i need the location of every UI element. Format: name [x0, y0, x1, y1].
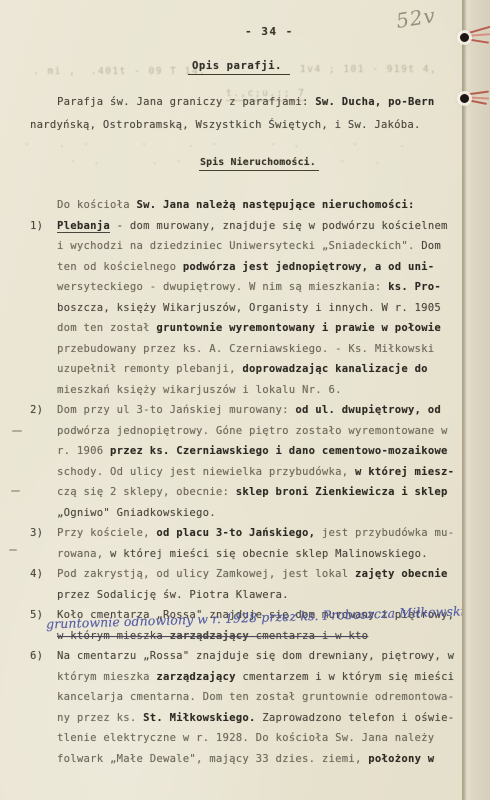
- text-line: podwórza jednopiętrowy. Góne piętro zost…: [57, 425, 462, 446]
- text-segment: czą się 2 sklepy, obecnie:: [57, 486, 236, 498]
- text-line: „Ogniwo" Gniadkowskiego.: [57, 507, 462, 528]
- list-item: 6)Na cmentarzu „Rossa" znajduje się dom …: [30, 650, 462, 773]
- text-segment: St. Miłkowskiego.: [143, 712, 256, 724]
- text-segment: uzupełnił remonty plebanji,: [57, 363, 242, 375]
- text-segment: r. 1906: [57, 445, 110, 457]
- text-segment: i wychodzi na dziedziniec Uniwersytecki …: [57, 240, 421, 252]
- text-segment: wersyteckiego - dwupiętrowy. W nim są mi…: [57, 281, 388, 293]
- text-line: rowana, w której mieści się obecnie skle…: [57, 548, 462, 569]
- text-line: tlenie elektryczne w r. 1928. Do kościoł…: [57, 732, 462, 753]
- page-edge: [462, 0, 490, 800]
- text-line: nardyńską, Ostrobramską, Wszystkich Świę…: [30, 119, 460, 142]
- text-segment: podwórza jednopiętrowy. Góne piętro zost…: [57, 425, 448, 437]
- text-segment: dom ten został: [57, 322, 156, 334]
- list-item: 1)Plebanja - dom murowany, znajduje się …: [30, 220, 462, 405]
- text-line: Do kościoła Sw. Jana należą następujące …: [30, 199, 462, 220]
- text-line: dom ten został gruntownie wyremontowany …: [57, 322, 462, 343]
- text-segment: rowana,: [57, 548, 110, 560]
- text-line: i wychodzi na dziedziniec Uniwersytecki …: [57, 240, 462, 261]
- item-number: 1): [30, 220, 43, 232]
- text-line: boszcza, księży Wikarjuszów, Organisty i…: [57, 302, 462, 323]
- text-segment: podwórza jest jednopiętrowy, a od uni-: [183, 261, 435, 273]
- text-segment: ten od kościelnego: [57, 261, 183, 273]
- pencil-margin-mark: [12, 430, 22, 432]
- text-segment: doprowadzając kanalizacje do: [242, 363, 427, 375]
- text-segment: folwark „Małe Dewale", mający 33 dzies. …: [57, 753, 368, 765]
- text-segment: boszcza, księży Wikarjuszów, Organisty i…: [57, 302, 441, 314]
- text-segment: Na cmentarzu „Rossa" znajduje się dom dr…: [57, 650, 454, 662]
- item-number: 5): [30, 609, 43, 621]
- pencil-margin-mark: [11, 490, 20, 492]
- text-line: schody. Od ulicy jest niewielka przybudó…: [57, 466, 462, 487]
- text-segment: gruntownie wyremontowany i prawie w poło…: [156, 322, 441, 334]
- bleedthrough-text-left: . mi , .401t - 09 T 14.: [33, 66, 206, 77]
- text-segment: schody. Od ulicy jest niewielka przybudó…: [57, 466, 355, 478]
- text-segment: Przy kościele,: [57, 527, 156, 539]
- text-segment: „Ogniwo" Gniadkowskiego.: [57, 507, 216, 519]
- text-segment: w której mieści się obecnie sklep Malino…: [110, 548, 428, 560]
- text-segment: zarządzający: [156, 671, 235, 683]
- list-item: 4)Pod zakrystją, od ulicy Zamkowej, jest…: [30, 568, 462, 609]
- text-line: Na cmentarzu „Rossa" znajduje się dom dr…: [57, 650, 462, 671]
- text-segment: cmentarza i w kto: [249, 630, 368, 642]
- text-line: Parafja św. Jana graniczy z parafjami: S…: [30, 96, 460, 119]
- text-segment: kancelarja cmentarna. Dom ten został gru…: [57, 691, 454, 703]
- list-item: 3)Przy kościele, od placu 3-to Jańskiego…: [30, 527, 462, 568]
- text-line: w którym mieszka zarządzający cmentarza …: [57, 630, 462, 651]
- text-segment: ks. Pro-: [388, 281, 441, 293]
- text-segment: - dom murowany, znajduje się w podwórzu …: [110, 220, 448, 232]
- folio-number-handwritten: 52v: [394, 3, 437, 33]
- bleedthrough-text-right: 1v4 ; 101 - 919t 4,: [300, 64, 437, 75]
- pencil-margin-mark: [9, 549, 17, 551]
- text-line: przebudowany przez ks. A. Czerniawskiego…: [57, 343, 462, 364]
- text-line: r. 1906 przez ks. Czerniawskiego i dano …: [57, 445, 462, 466]
- text-segment: przebudowany przez ks. A. Czerniawskiego…: [57, 343, 434, 355]
- text-line: uzupełnił remonty plebanji, doprowadzają…: [57, 363, 462, 384]
- section-heading: Spis Nieruchomości.: [199, 157, 319, 171]
- text-line: Dom przy ul 3-to Jańskiej murowany: od u…: [57, 404, 462, 425]
- text-line: Plebanja - dom murowany, znajduje się w …: [57, 220, 462, 241]
- text-segment: Pod zakrystją, od ulicy Zamkowej, jest l…: [57, 568, 355, 580]
- list-item: 2)Dom przy ul 3-to Jańskiej murowany: od…: [30, 404, 462, 527]
- text-line: folwark „Małe Dewale", mający 33 dzies. …: [57, 753, 462, 774]
- binding-hole: [460, 33, 469, 42]
- text-segment: zajęty obecnie: [355, 568, 448, 580]
- text-line: ny przez ks. St. Miłkowskiego. Zaprowadz…: [57, 712, 462, 733]
- text-segment: cmentarzem i w którym się mieści: [236, 671, 455, 683]
- text-line: Pod zakrystją, od ulicy Zamkowej, jest l…: [57, 568, 462, 589]
- text-segment: tlenie elektryczne w r. 1928. Do kościoł…: [57, 732, 434, 744]
- text-segment: przez Sodalicję św. Piotra Klawera.: [57, 589, 289, 601]
- binding-hole: [460, 94, 469, 103]
- text-segment: w którym mieszka: [57, 630, 170, 642]
- text-line: kancelarja cmentarna. Dom ten został gru…: [57, 691, 462, 712]
- item-number: 4): [30, 568, 43, 580]
- document-title: Opis parafji.: [188, 60, 290, 75]
- item-number: 2): [30, 404, 43, 416]
- item-number: 6): [30, 650, 43, 662]
- text-segment: zarządzający: [170, 630, 249, 642]
- text-segment: sklep broni Zienkiewicza i sklep: [236, 486, 448, 498]
- text-segment: od placu 3-to Jańskiego,: [156, 527, 322, 539]
- text-segment: jest przybudówka mu-: [322, 527, 454, 539]
- intro-paragraph: Parafja św. Jana graniczy z parafjami: S…: [30, 96, 460, 142]
- text-segment: Sw. Ducha, po-Bern: [315, 96, 434, 108]
- item-number: 3): [30, 527, 43, 539]
- text-segment: Sw. Jana należą następujące nieruchomośc…: [136, 199, 414, 211]
- text-line: mieszkań księży wikarjuszów i lokalu Nr.…: [57, 384, 462, 405]
- document-page: . mi , .401t - 09 T 14. 1v4 ; 101 - 919t…: [0, 0, 490, 800]
- text-segment: Zaprowadzono telefon i oświe-: [256, 712, 455, 724]
- text-segment: Do kościoła: [57, 199, 136, 211]
- text-segment: Plebanja: [57, 220, 110, 233]
- text-segment: położony w: [368, 753, 434, 765]
- page-number: - 34 -: [245, 25, 294, 38]
- text-segment: od ul. dwupiętrowy, od: [295, 404, 441, 416]
- text-segment: przez ks. Czerniawskiego i dano cementow…: [110, 445, 448, 457]
- text-line: wersyteckiego - dwupiętrowy. W nim są mi…: [57, 281, 462, 302]
- text-line: Przy kościele, od placu 3-to Jańskiego, …: [57, 527, 462, 548]
- text-segment: którym mieszka: [57, 671, 156, 683]
- text-segment: nardyńską, Ostrobramską, Wszystkich Świę…: [30, 119, 421, 131]
- text-segment: Dom: [421, 240, 441, 252]
- property-list: Do kościoła Sw. Jana należą następujące …: [30, 199, 462, 773]
- text-segment: mieszkań księży wikarjuszów i lokalu Nr.…: [57, 384, 342, 396]
- text-segment: w której miesz-: [355, 466, 454, 478]
- text-segment: Parafja św. Jana graniczy z parafjami:: [57, 96, 315, 108]
- text-segment: ny przez ks.: [57, 712, 143, 724]
- text-line: którym mieszka zarządzający cmentarzem i…: [57, 671, 462, 692]
- text-line: ten od kościelnego podwórza jest jednopi…: [57, 261, 462, 282]
- text-line: czą się 2 sklepy, obecnie: sklep broni Z…: [57, 486, 462, 507]
- text-segment: Dom przy ul 3-to Jańskiej murowany:: [57, 404, 295, 416]
